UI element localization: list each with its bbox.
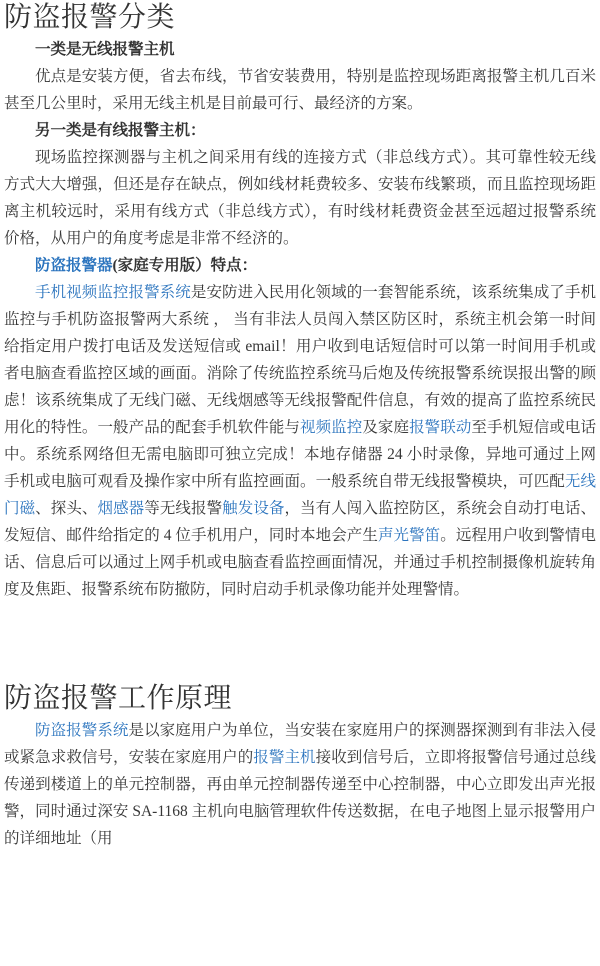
link-alarm-host[interactable]: 报警主机: [253, 749, 315, 766]
section-title-working-principle: 防盗报警工作原理: [4, 681, 596, 717]
paragraph-wireless-advantages: 优点是安装方便，省去布线，节省安装费用，特别是监控现场距离报警主机几百米甚至几公…: [4, 63, 596, 117]
link-smoke-detector[interactable]: 烟感器: [98, 500, 145, 517]
link-phone-video-alarm-system[interactable]: 手机视频监控报警系统: [35, 284, 191, 301]
subheading-wireless-host: 一类是无线报警主机: [4, 36, 596, 63]
text-run: 、探头、: [35, 500, 97, 517]
link-alarm-linkage[interactable]: 报警联动: [409, 419, 471, 436]
text-run: 是安防进入民用化领域的一套智能系统，该系统集成了手机监控与手机防盗报警两大系统 …: [4, 284, 596, 436]
paragraph-wired-details: 现场监控探测器与主机之间采用有线的连接方式（非总线方式）。其可靠性较无线方式大大…: [4, 144, 596, 252]
paragraph-system-features: 手机视频监控报警系统是安防进入民用化领域的一套智能系统，该系统集成了手机监控与手…: [4, 279, 596, 603]
subheading-alarm-features-text: (家庭专用版）特点：: [113, 257, 258, 274]
link-burglar-alarm-device[interactable]: 防盗报警器: [35, 257, 113, 274]
link-sound-light-siren[interactable]: 声光警笛: [378, 527, 440, 544]
page-title: 防盗报警分类: [4, 0, 596, 36]
subheading-wired-host: 另一类是有线报警主机：: [4, 117, 596, 144]
paragraph-working-principle: 防盗报警系统是以家庭用户为单位，当安装在家庭用户的探测器探测到有非法入侵或紧急求…: [4, 717, 596, 852]
article: 防盗报警分类 一类是无线报警主机 优点是安装方便，省去布线，节省安装费用，特别是…: [0, 0, 600, 852]
link-trigger-device[interactable]: 触发设备: [222, 500, 284, 517]
text-run: 等无线报警: [144, 500, 222, 517]
link-burglar-alarm-system[interactable]: 防盗报警系统: [35, 722, 129, 739]
text-run: 及家庭: [362, 419, 409, 436]
subheading-alarm-features: 防盗报警器(家庭专用版）特点：: [4, 252, 596, 279]
link-video-surveillance[interactable]: 视频监控: [300, 419, 362, 436]
